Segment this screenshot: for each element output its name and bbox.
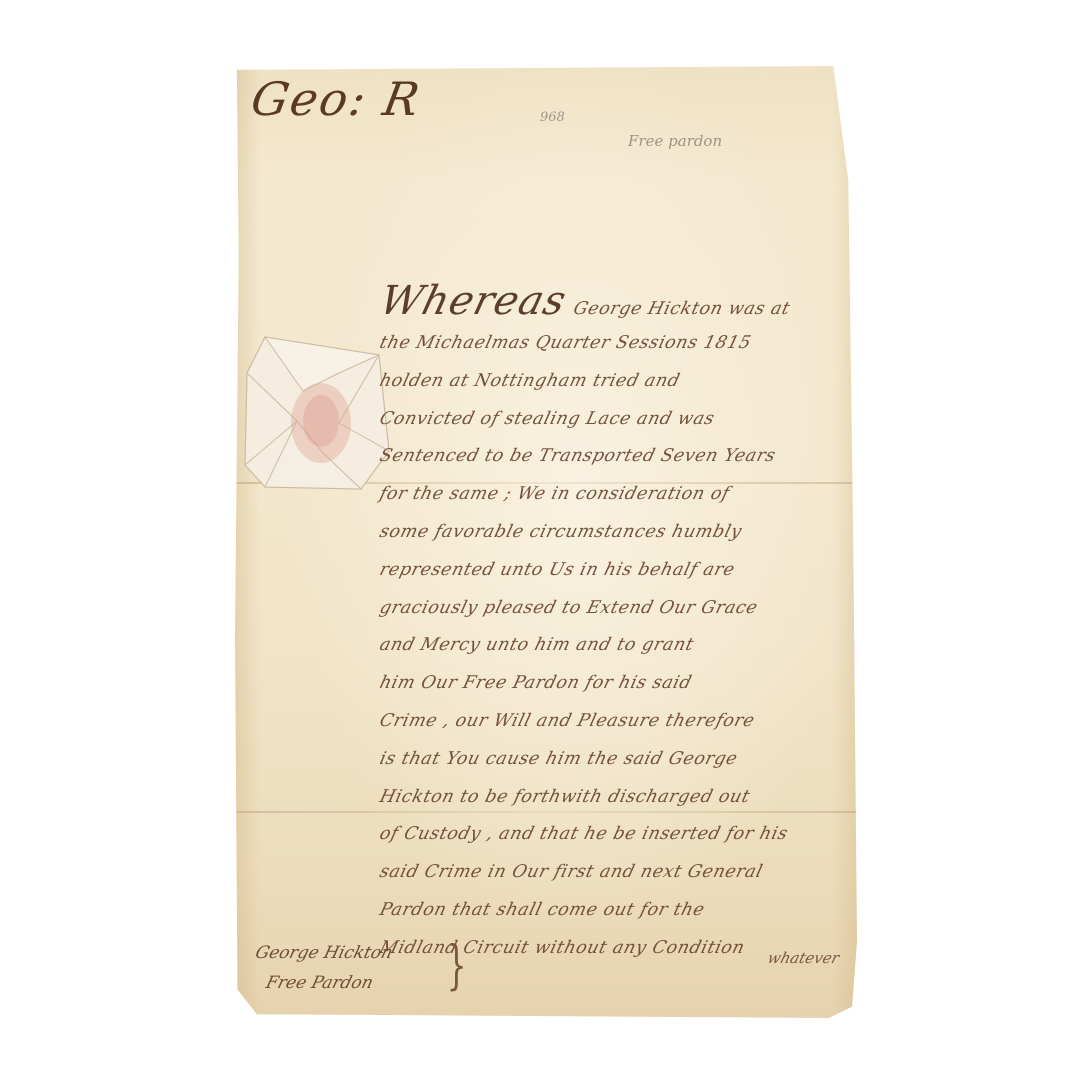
body-line-15: of Custody , and that he be inserted for…	[375, 816, 864, 854]
body-line-text: George Hickton was at	[571, 299, 792, 319]
body-line-11: him Our Free Pardon for his said	[375, 665, 864, 703]
body-line-17: Pardon that shall come out for the	[375, 892, 864, 930]
docket-title: Free Pardon	[245, 968, 389, 998]
body-line-4: Convicted of stealing Lace and was	[375, 401, 864, 439]
royal-sign-manual: Geo: R	[247, 72, 425, 126]
closing-word-whatever: whatever	[766, 949, 841, 967]
pencil-note-free-pardon: Free pardon	[628, 132, 722, 150]
docket-brace: }	[447, 940, 467, 992]
body-line-6: for the same ; We in consideration of	[375, 476, 864, 514]
body-line-1: WhereasGeorge Hickton was at	[375, 277, 867, 325]
body-line-5: Sentenced to be Transported Seven Years	[375, 438, 864, 476]
pardon-body-text: WhereasGeorge Hickton was at the Michael…	[375, 277, 855, 968]
body-line-8: represented unto Us in his behalf are	[375, 552, 864, 590]
docket-endorsement: George Hickton Free Pardon	[245, 938, 396, 998]
body-line-13: is that You cause him the said George	[375, 741, 864, 779]
body-line-2: the Michaelmas Quarter Sessions 1815	[375, 325, 864, 363]
body-line-14: Hickton to be forthwith discharged out	[375, 779, 864, 817]
body-line-3: holden at Nottingham tried and	[375, 363, 864, 401]
wafer-seal-icon	[243, 333, 391, 493]
body-line-12: Crime , our Will and Pleasure therefore	[375, 703, 864, 741]
body-line-7: some favorable circumstances humbly	[375, 514, 864, 552]
body-line-16: said Crime in Our first and next General	[375, 854, 864, 892]
opening-word-whereas: Whereas	[375, 278, 571, 324]
docket-name: George Hickton	[252, 938, 396, 968]
photo-stage: Geo: R 968 Free pardon WhereasGeorge Hic…	[0, 0, 1080, 1080]
pencil-archive-number: 968	[540, 110, 565, 125]
body-line-9: graciously pleased to Extend Our Grace	[375, 590, 864, 628]
body-line-10: and Mercy unto him and to grant	[375, 627, 864, 665]
